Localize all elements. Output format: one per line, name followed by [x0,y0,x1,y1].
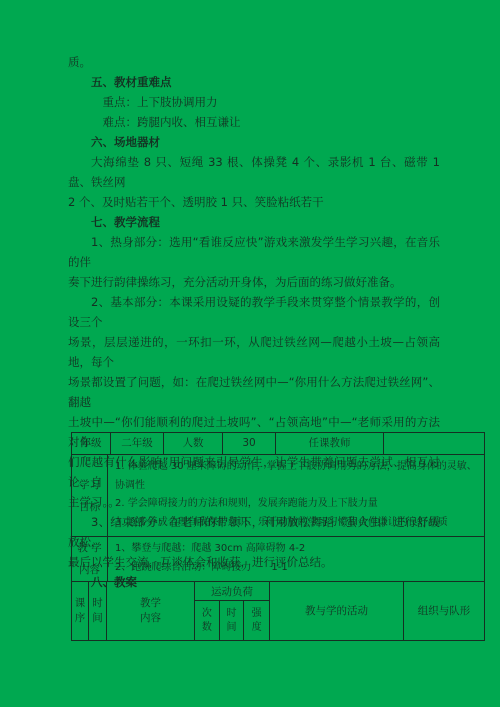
student-count-value: 30 [223,433,276,454]
teacher-value-empty [384,433,484,454]
column-header-teaching-content: 教学 内容 [107,582,195,640]
learning-goals-label: 学习 目标 [72,455,108,536]
column-header-exercise-load-group: 运动负荷 次 数 时 间 强 度 [195,582,270,640]
subcolumn-duration: 时 间 [220,601,245,640]
learning-goals-content: 1. 体验爬越 30 厘米障碍的动作，掌握上下肢协调用力的方法，提高身体的灵敏、… [108,455,484,536]
key-point-line: 重点：上下肢协调用力 [68,92,440,112]
subcolumn-intensity: 强 度 [244,601,269,640]
lesson-plan-table: 年级 二年级 人数 30 任课教师 学习 目标 1. 体验爬越 30 厘米障碍的… [71,432,485,641]
subcolumn-times: 次 数 [195,601,220,640]
teaching-content-label: 教 学 内容 [72,537,108,581]
table-row-teaching-content: 教 学 内容 1、攀登与爬越：爬越 30cm 高障碍物 4-2 2、跑跳爬综合活… [72,537,484,582]
exercise-load-label: 运动负荷 [195,582,269,601]
section-heading-teaching-process: 七、教学流程 [68,212,440,232]
column-header-formation: 组织与队形 [404,582,484,640]
exercise-load-subcolumns: 次 数 时 间 强 度 [195,601,269,640]
table-row-learning-goals: 学习 目标 1. 体验爬越 30 厘米障碍的动作，掌握上下肢协调用力的方法，提高… [72,455,484,537]
grade-value: 二年级 [111,433,164,454]
carryover-line: 质。 [68,52,440,72]
student-count-label: 人数 [164,433,223,454]
column-header-sequence: 课 序 [72,582,89,640]
table-row-column-headers: 课 序 时 间 教学 内容 运动负荷 次 数 时 间 强 度 教与学的活动 组织… [72,582,484,640]
section-heading-equipment: 六、场地器材 [68,132,440,152]
column-header-time: 时 间 [89,582,107,640]
teacher-label: 任课教师 [276,433,384,454]
warmup-part-paragraph: 1、热身部分：选用“看谁反应快”游戏来激发学生学习兴趣，在音乐的伴 奏下进行韵律… [68,232,440,292]
equipment-paragraph: 大海绵垫 8 只、短绳 33 根、体操凳 4 个、录影机 1 台、磁带 1 盘、… [68,152,440,212]
difficulty-line: 难点：跨腿内收、相互谦让 [68,112,440,132]
lesson-plan-page: 质。 五、教材重难点 重点：上下肢协调用力 难点：跨腿内收、相互谦让 六、场地器… [0,0,500,707]
grade-label: 年级 [72,433,111,454]
table-row-class-info: 年级 二年级 人数 30 任课教师 [72,433,484,455]
teaching-content-text: 1、攀登与爬越：爬越 30cm 高障碍物 4-2 2、跑跳爬综合活动：障碍接力 … [108,537,484,581]
column-header-activities: 教与学的活动 [270,582,404,640]
section-heading-key-points: 五、教材重难点 [68,72,440,92]
